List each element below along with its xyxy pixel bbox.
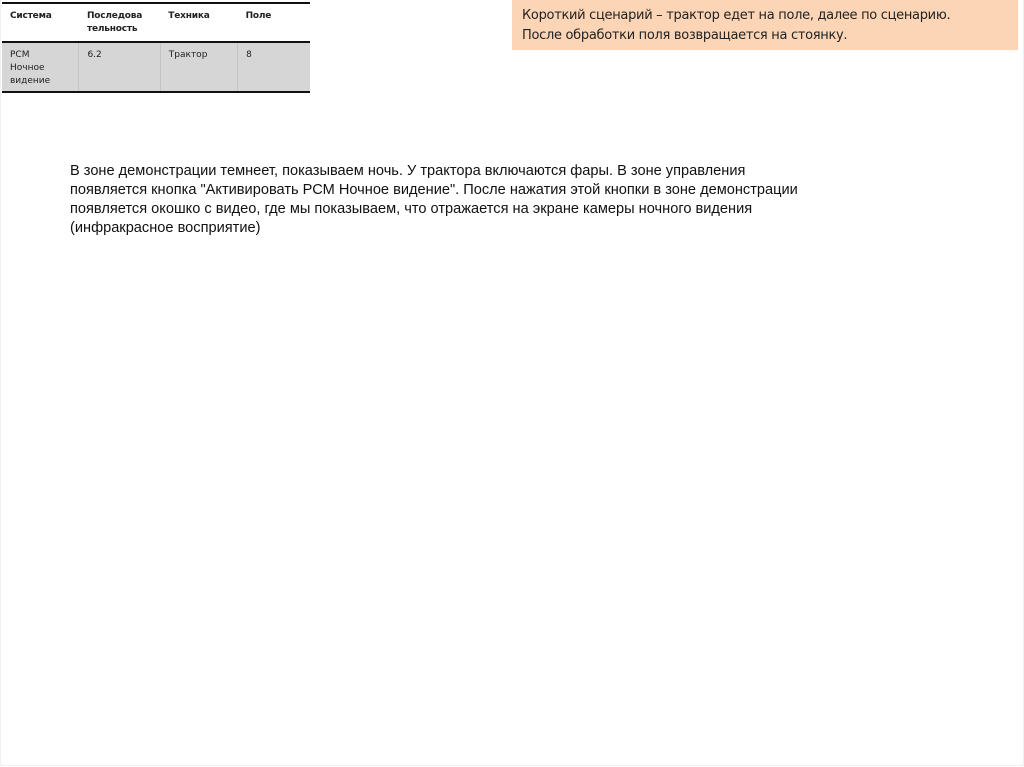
cell-field: 8 <box>238 42 310 92</box>
header-machinery: Техника <box>160 3 237 42</box>
scenario-table: Система Последова тельность Техника Поле… <box>2 2 310 93</box>
header-system-label: Система <box>10 11 52 21</box>
description-line-1: В зоне демонстрации темнеет, показываем … <box>70 162 890 181</box>
header-system: Система <box>2 3 79 42</box>
note-line-2: После обработки поля возвращается на сто… <box>522 26 1018 46</box>
table-header-row: Система Последова тельность Техника Поле <box>2 3 310 42</box>
description-line-2: появляется кнопка "Активировать РСМ Ночн… <box>70 181 890 200</box>
header-sequence-line-1: Последова <box>87 10 160 23</box>
scenario-note: Короткий сценарий – трактор едет на поле… <box>512 0 1018 50</box>
header-field: Поле <box>238 3 310 42</box>
header-sequence: Последова тельность <box>79 3 160 42</box>
description-line-4: (инфракрасное восприятие) <box>70 219 890 238</box>
cell-system: РСМ Ночное видение <box>2 42 79 92</box>
header-machinery-label: Техника <box>168 11 209 21</box>
slide-page <box>0 0 1024 766</box>
cell-system-line-3: видение <box>10 75 78 88</box>
table-row: РСМ Ночное видение 6.2 Трактор 8 <box>2 42 310 92</box>
scenario-description: В зоне демонстрации темнеет, показываем … <box>70 162 890 238</box>
cell-machinery: Трактор <box>160 42 237 92</box>
header-field-label: Поле <box>246 11 272 21</box>
note-line-1: Короткий сценарий – трактор едет на поле… <box>522 6 1018 26</box>
cell-system-line-2: Ночное <box>10 62 78 75</box>
cell-sequence: 6.2 <box>79 42 160 92</box>
description-line-3: появляется окошко с видео, где мы показы… <box>70 200 890 219</box>
cell-system-line-1: РСМ <box>10 49 78 62</box>
header-sequence-line-2: тельность <box>87 23 160 36</box>
